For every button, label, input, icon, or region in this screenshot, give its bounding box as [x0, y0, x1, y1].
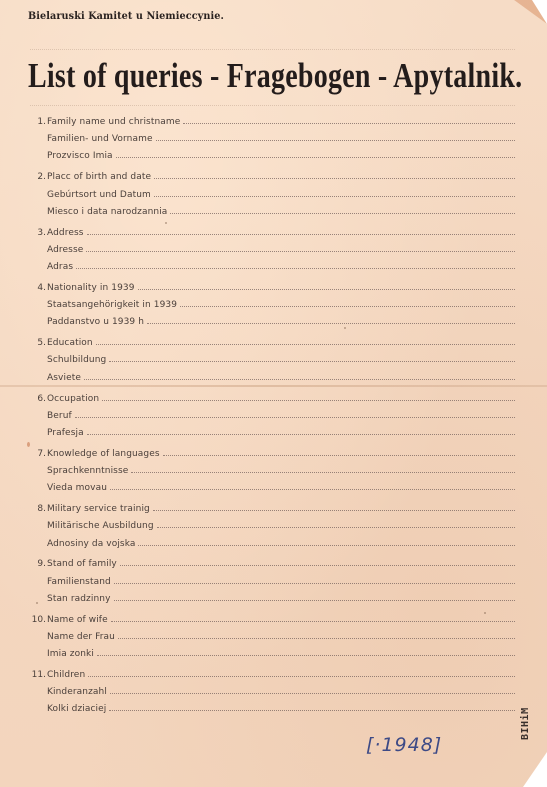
question-label: Address [47, 228, 84, 238]
question-label: Stand of family [47, 559, 117, 569]
question-10-row-3: Imia zonki [33, 645, 515, 659]
question-number: 1. [33, 117, 46, 127]
question-number: 4. [33, 283, 46, 293]
answer-fill-line[interactable] [163, 455, 515, 456]
question-4-row-1: 4.Nationality in 1939 [33, 279, 515, 293]
question-11-row-3: Kolki dziaciej [33, 700, 515, 714]
answer-fill-line[interactable] [96, 344, 515, 345]
answer-fill-line[interactable] [87, 434, 515, 435]
question-number: 2. [33, 172, 46, 182]
question-label: Children [47, 670, 85, 680]
answer-fill-line[interactable] [88, 676, 515, 677]
answer-fill-line[interactable] [170, 213, 515, 214]
question-11-row-1: 11.Children [33, 666, 515, 680]
paper-speck [344, 327, 346, 329]
question-3-row-3: Adras [33, 258, 515, 272]
question-3-row-2: Adresse [33, 241, 515, 255]
handwritten-date-note: [·1948] [366, 734, 442, 756]
question-6-row-3: Prafesja [33, 424, 515, 438]
question-label: Occupation [47, 394, 99, 404]
answer-fill-line[interactable] [154, 178, 515, 179]
question-label: Knowledge of languages [47, 449, 160, 459]
answer-fill-line[interactable] [154, 196, 515, 197]
question-5-row-2: Schulbildung [33, 351, 515, 365]
question-label: Militärische Ausbildung [47, 521, 154, 531]
question-7-row-2: Sprachkenntnisse [33, 462, 515, 476]
answer-fill-line[interactable] [109, 710, 515, 711]
question-number: 7. [33, 449, 46, 459]
question-number: 5. [33, 338, 46, 348]
question-label: Nationality in 1939 [47, 283, 135, 293]
question-label: Name der Frau [47, 632, 115, 642]
question-6-row-1: 6.Occupation [33, 390, 515, 404]
answer-fill-line[interactable] [114, 600, 515, 601]
paper-speck [27, 442, 30, 447]
question-number: 11. [26, 670, 46, 680]
question-3-row-1: 3.Address [33, 224, 515, 238]
question-label: Prafesja [47, 428, 84, 438]
question-5-row-3: Asviete [33, 369, 515, 383]
question-label: Staatsangehörigkeit in 1939 [47, 300, 177, 310]
question-label: Family name und christname [47, 117, 180, 127]
answer-fill-line[interactable] [76, 268, 515, 269]
question-label: Military service trainig [47, 504, 150, 514]
answer-fill-line[interactable] [116, 157, 515, 158]
question-9-row-2: Familienstand [33, 573, 515, 587]
answer-fill-line[interactable] [153, 510, 515, 511]
answer-fill-line[interactable] [180, 306, 515, 307]
question-label: Miesco i data narodzannia [47, 207, 167, 217]
question-7-row-1: 7.Knowledge of languages [33, 445, 515, 459]
answer-fill-line[interactable] [87, 234, 515, 235]
question-1-row-1: 1.Family name und christname [33, 113, 515, 127]
question-8-row-2: Militärische Ausbildung [33, 517, 515, 531]
answer-fill-line[interactable] [138, 289, 515, 290]
answer-fill-line[interactable] [102, 400, 515, 401]
question-9-row-3: Stan radzinny [33, 590, 515, 604]
question-label: Imia zonki [47, 649, 94, 659]
answer-fill-line[interactable] [84, 379, 515, 380]
question-number: 9. [33, 559, 46, 569]
answer-fill-line[interactable] [120, 565, 515, 566]
answer-fill-line[interactable] [110, 693, 515, 694]
answer-fill-line[interactable] [157, 527, 515, 528]
question-number: 10. [26, 615, 46, 625]
question-label: Adnosiny da vojska [47, 539, 135, 549]
question-1-row-3: Prozvisco Imia [33, 147, 515, 161]
question-number: 3. [33, 228, 46, 238]
question-2-row-2: Gebúrtsort und Datum [33, 186, 515, 200]
question-label: Vieda movau [47, 483, 107, 493]
paper-speck [165, 222, 167, 224]
question-label: Gebúrtsort und Datum [47, 190, 151, 200]
answer-fill-line[interactable] [111, 621, 515, 622]
question-8-row-3: Adnosiny da vojska [33, 535, 515, 549]
question-label: Familienstand [47, 577, 111, 587]
question-label: Beruf [47, 411, 72, 421]
question-label: Kolki dziaciej [47, 704, 106, 714]
answer-fill-line[interactable] [118, 638, 515, 639]
question-7-row-3: Vieda movau [33, 479, 515, 493]
answer-fill-line[interactable] [183, 123, 515, 124]
paper-fold-line [0, 385, 547, 387]
question-label: Kinderanzahl [47, 687, 107, 697]
question-label: Placc of birth and date [47, 172, 151, 182]
question-4-row-2: Staatsangehörigkeit in 1939 [33, 296, 515, 310]
answer-fill-line[interactable] [109, 361, 515, 362]
question-2-row-1: 2.Placc of birth and date [33, 168, 515, 182]
question-8-row-1: 8.Military service trainig [33, 500, 515, 514]
question-10-row-1: 10.Name of wife [33, 611, 515, 625]
archive-stamp: BIHiM [520, 707, 531, 740]
answer-fill-line[interactable] [138, 545, 515, 546]
question-label: Stan radzinny [47, 594, 111, 604]
question-label: Paddanstvo u 1939 h [47, 317, 144, 327]
question-number: 6. [33, 394, 46, 404]
question-label: Adresse [47, 245, 83, 255]
question-label: Sprachkenntnisse [47, 466, 128, 476]
question-5-row-1: 5.Education [33, 334, 515, 348]
answer-fill-line[interactable] [114, 583, 515, 584]
question-label: Familien- und Vorname [47, 134, 153, 144]
question-label: Prozvisco Imia [47, 151, 113, 161]
question-2-row-3: Miesco i data narodzannia [33, 203, 515, 217]
answer-fill-line[interactable] [147, 323, 515, 324]
title-guide-line-bottom [30, 105, 515, 106]
question-label: Education [47, 338, 93, 348]
title-guide-line-top [30, 49, 515, 50]
answer-fill-line[interactable] [131, 472, 515, 473]
question-number: 8. [33, 504, 46, 514]
question-4-row-3: Paddanstvo u 1939 h [33, 313, 515, 327]
question-10-row-2: Name der Frau [33, 628, 515, 642]
question-label: Schulbildung [47, 355, 106, 365]
paper-speck [484, 612, 486, 614]
document-title: List of queries - Fragebogen - Apytalnik… [28, 56, 522, 96]
question-label: Adras [47, 262, 73, 272]
answer-fill-line[interactable] [97, 655, 515, 656]
answer-fill-line[interactable] [86, 251, 515, 252]
answer-fill-line[interactable] [156, 140, 515, 141]
question-6-row-2: Beruf [33, 407, 515, 421]
answer-fill-line[interactable] [75, 417, 515, 418]
question-11-row-2: Kinderanzahl [33, 683, 515, 697]
answer-fill-line[interactable] [110, 489, 515, 490]
question-label: Asviete [47, 373, 81, 383]
question-1-row-2: Familien- und Vorname [33, 130, 515, 144]
question-label: Name of wife [47, 615, 108, 625]
paper-speck [36, 602, 38, 604]
question-9-row-1: 9.Stand of family [33, 555, 515, 569]
organization-header: Bielaruski Kamitet u Niemieccynie. [28, 10, 224, 22]
